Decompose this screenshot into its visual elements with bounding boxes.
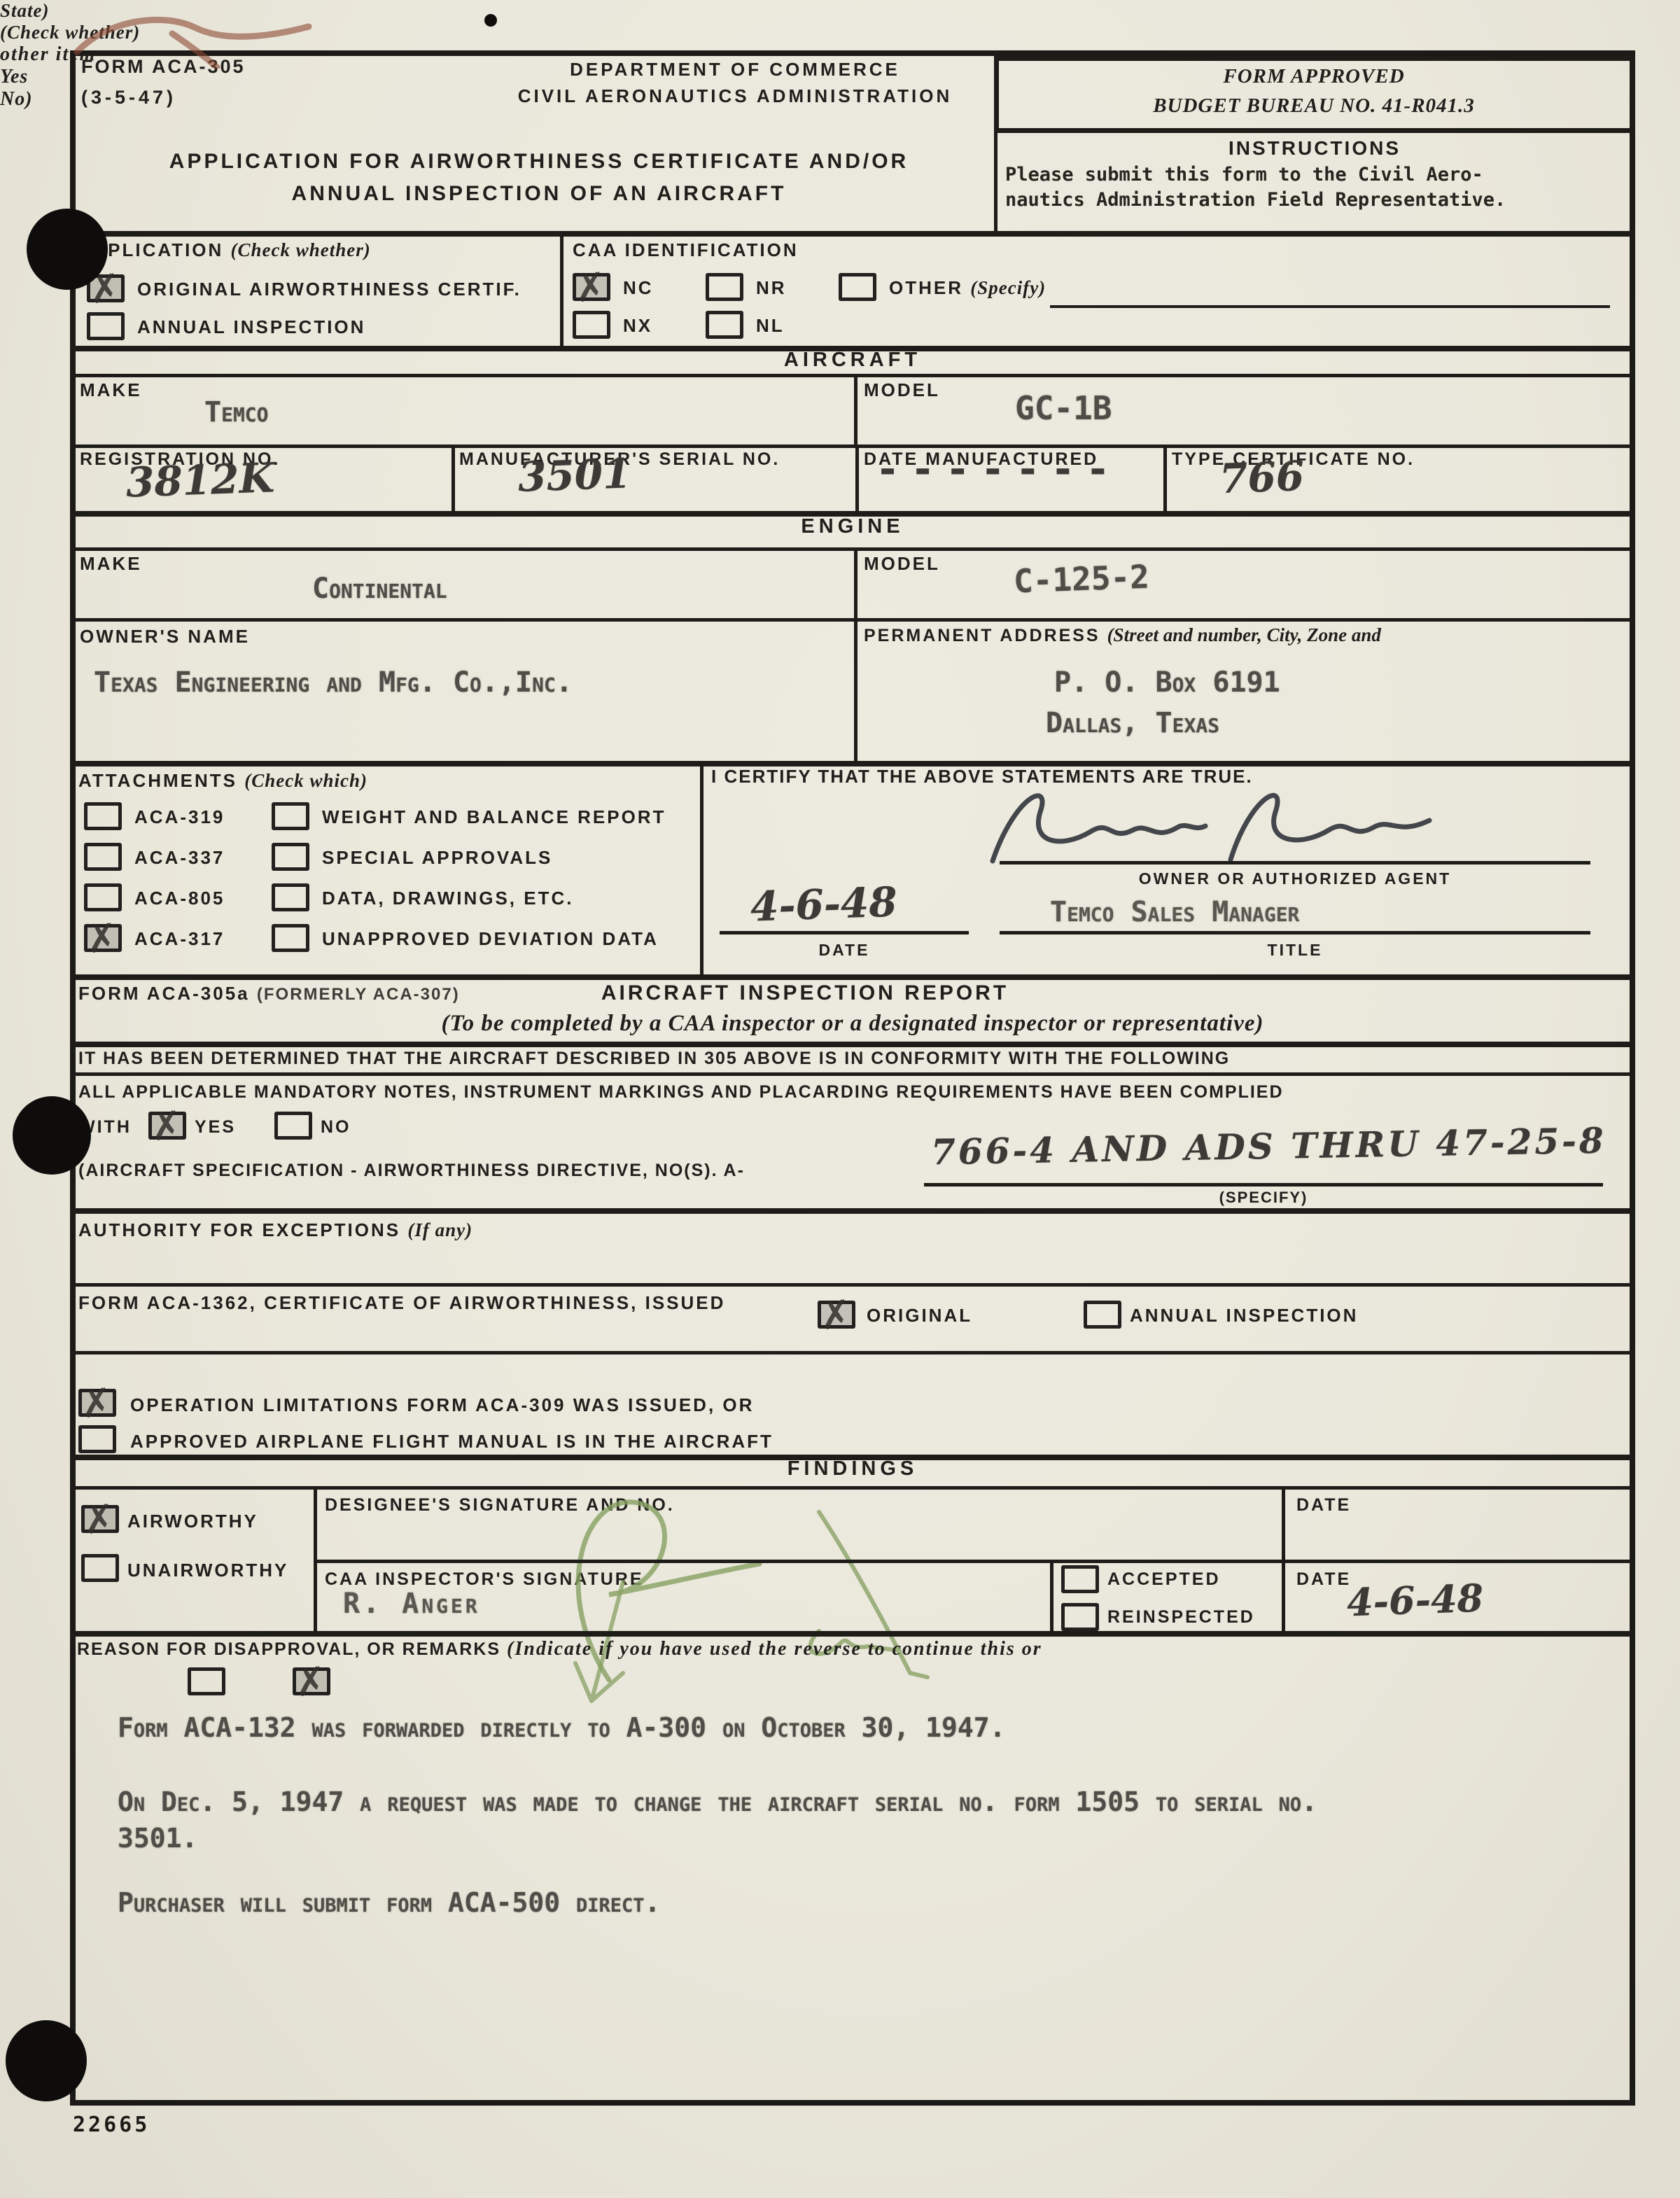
divider	[70, 1455, 1635, 1460]
form-title-line1: APPLICATION FOR AIRWORTHINESS CERTIFICAT…	[70, 150, 1008, 174]
findings-date1-label: DATE	[1296, 1495, 1351, 1515]
divider	[70, 1486, 1635, 1490]
compliance-yes-label: YES	[195, 1117, 236, 1137]
instructions-line1: Please submit this form to the Civil Aer…	[1005, 164, 1483, 185]
type-certificate-value: 766	[1219, 452, 1305, 503]
unapproved-deviation-label: UNAPPROVED DEVIATION DATA	[322, 928, 659, 950]
application-label: APPLICATION (Check whether)	[78, 239, 371, 261]
divider	[1163, 444, 1167, 511]
authority-note: (If any)	[407, 1219, 472, 1240]
divider	[700, 761, 703, 974]
engine-make-value: Continental	[312, 573, 447, 605]
red-pencil-scribble	[67, 6, 361, 69]
divider	[855, 444, 859, 511]
application-note: (Check whether)	[231, 239, 371, 260]
divider	[70, 346, 1635, 351]
unapproved-deviation-checkbox	[272, 924, 309, 952]
engine-model-value: C-125-2	[1013, 558, 1150, 601]
divider	[854, 374, 857, 444]
divider	[70, 1208, 1635, 1214]
form-title-line2: ANNUAL INSPECTION OF AN AIRCRAFT	[70, 182, 1008, 206]
engine-make-label: MAKE	[80, 553, 142, 575]
divider	[560, 231, 563, 346]
date-manufactured-value: -------	[879, 445, 1125, 493]
specify-label: (SPECIFY)	[924, 1189, 1603, 1207]
findings-date2-value: 4-6-48	[1346, 1576, 1484, 1625]
airworthy-checkbox	[81, 1505, 119, 1533]
aca-319-checkbox	[84, 802, 122, 830]
form-approved-line1: FORM APPROVED	[999, 65, 1629, 88]
divider	[70, 1631, 1635, 1637]
permanent-address-note1: (Street and number, City, Zone and	[1107, 624, 1381, 645]
operation-limitations-label: OPERATION LIMITATIONS FORM ACA-309 WAS I…	[130, 1394, 754, 1416]
divider	[70, 374, 1635, 377]
aca-337-checkbox	[84, 843, 122, 871]
hole-punch	[6, 2020, 87, 2101]
remarks-no-checkbox	[293, 1667, 330, 1695]
nc-label: NC	[623, 277, 654, 299]
divider	[70, 761, 1635, 766]
nx-checkbox	[573, 311, 610, 339]
department-line1: DEPARTMENT OF COMMERCE	[476, 59, 994, 80]
aca-337-label: ACA-337	[134, 847, 225, 869]
owner-signature	[966, 776, 1470, 881]
aircraft-model-label: MODEL	[864, 379, 940, 401]
annual-inspection-checkbox	[87, 312, 125, 340]
divider	[314, 1560, 1635, 1563]
divider	[70, 1283, 1635, 1287]
inspector-name-value: R. Anger	[343, 1588, 480, 1620]
special-approvals-label: SPECIAL APPROVALS	[322, 847, 552, 869]
reinspected-label: REINSPECTED	[1107, 1607, 1255, 1627]
divider	[70, 444, 1635, 448]
aircraft-model-value: GC-1B	[1015, 389, 1112, 427]
signature-caption: OWNER OR AUTHORIZED AGENT	[1000, 869, 1590, 888]
inspector-signature-scribble	[518, 1470, 1050, 1729]
registration-value: 3812K	[125, 454, 275, 506]
divider	[70, 511, 1635, 517]
data-drawings-checkbox	[272, 883, 309, 911]
nc-checkbox	[573, 273, 610, 301]
engine-model-label: MODEL	[864, 553, 940, 575]
issued-annual-checkbox	[1084, 1301, 1121, 1329]
signature-line	[1000, 861, 1590, 864]
compliance-no-checkbox	[274, 1112, 312, 1140]
other-specify-line	[1050, 305, 1610, 308]
department-line2: CIVIL AERONAUTICS ADMINISTRATION	[476, 85, 994, 107]
divider	[70, 974, 1635, 980]
compliance-text: ALL APPLICABLE MANDATORY NOTES, INSTRUME…	[78, 1082, 1284, 1102]
issued-original-label: ORIGINAL	[867, 1305, 972, 1326]
divider	[70, 1072, 1635, 1076]
inspection-title: AIRCRAFT INSPECTION REPORT	[350, 981, 1260, 1005]
airworthy-label: AIRWORTHY	[127, 1511, 258, 1532]
other-checkbox	[839, 273, 876, 301]
remark-line1: Form ACA-132 was forwarded directly to A…	[118, 1712, 1006, 1743]
aca-317-checkbox	[84, 924, 122, 952]
nl-label: NL	[756, 315, 785, 337]
owner-name-value: Texas Engineering and Mfg. Co.,Inc.	[94, 666, 573, 699]
aircraft-make-value: Temco	[204, 396, 269, 428]
aca-1362-label: FORM ACA-1362, CERTIFICATE OF AIRWORTHIN…	[78, 1292, 725, 1314]
inspection-subtitle: (To be completed by a CAA inspector or a…	[70, 1011, 1635, 1037]
operation-limitations-checkbox	[78, 1389, 116, 1417]
divider	[1282, 1486, 1285, 1631]
owner-name-label: OWNER'S NAME	[80, 626, 250, 647]
authority-label: AUTHORITY FOR EXCEPTIONS (If any)	[78, 1219, 472, 1241]
instructions-title: INSTRUCTIONS	[994, 137, 1635, 160]
divider	[1050, 1560, 1053, 1631]
issued-original-checkbox	[818, 1301, 855, 1329]
form-revision: (3-5-47)	[81, 87, 176, 108]
divider	[994, 50, 997, 231]
remarks-note1: (Indicate if you have used the reverse t…	[507, 1638, 1042, 1660]
date-line	[720, 931, 969, 934]
determined-text: IT HAS BEEN DETERMINED THAT THE AIRCRAFT…	[78, 1049, 1230, 1069]
issued-annual-label: ANNUAL INSPECTION	[1130, 1305, 1358, 1326]
special-approvals-checkbox	[272, 843, 309, 871]
aca-805-label: ACA-805	[134, 888, 225, 909]
accepted-checkbox	[1061, 1565, 1099, 1593]
nr-checkbox	[706, 273, 743, 301]
flight-manual-label: APPROVED AIRPLANE FLIGHT MANUAL IS IN TH…	[130, 1431, 773, 1452]
divider	[70, 547, 1635, 551]
unairworthy-label: UNAIRWORTHY	[127, 1560, 288, 1581]
spec-label: (AIRCRAFT SPECIFICATION - AIRWORTHINESS …	[78, 1161, 745, 1181]
form-approved-line2: BUDGET BUREAU NO. 41-R041.3	[999, 94, 1629, 118]
certify-date-value: 4-6-48	[750, 878, 898, 930]
address-line2: Dallas, Texas	[1046, 707, 1219, 739]
nr-label: NR	[756, 277, 787, 299]
form-approved-box: FORM APPROVED BUDGET BUREAU NO. 41-R041.…	[994, 56, 1635, 133]
serial-value: 3501	[517, 449, 632, 501]
hole-punch	[13, 1096, 91, 1175]
ink-dot	[484, 14, 497, 27]
caa-identification-label: CAA IDENTIFICATION	[573, 239, 799, 261]
scanned-form-page: FORM ACA-305 (3-5-47) DEPARTMENT OF COMM…	[0, 0, 1680, 2198]
aircraft-make-label: MAKE	[80, 379, 142, 401]
divider	[70, 1351, 1635, 1354]
spec-underline	[924, 1183, 1603, 1186]
aircraft-section-title: AIRCRAFT	[70, 349, 1635, 372]
divider	[70, 618, 1635, 622]
divider	[854, 547, 857, 761]
accepted-label: ACCEPTED	[1107, 1569, 1221, 1590]
other-label: OTHER (Specify)	[889, 277, 1046, 299]
divider	[70, 231, 1635, 237]
instructions-line2: nautics Administration Field Representat…	[1005, 189, 1506, 211]
weight-balance-checkbox	[272, 802, 309, 830]
nx-label: NX	[623, 315, 652, 337]
divider	[451, 444, 455, 511]
serial-stamp-number: 22665	[73, 2113, 150, 2137]
compliance-yes-checkbox	[148, 1112, 186, 1140]
remark-line2: On Dec. 5, 1947 a request was made to ch…	[118, 1784, 1364, 1856]
certify-title-value: Temco Sales Manager	[1050, 896, 1299, 928]
title-label: TITLE	[1000, 941, 1590, 960]
compliance-no-label: NO	[321, 1117, 351, 1137]
original-airworthiness-label: ORIGINAL AIRWORTHINESS CERTIF.	[137, 279, 521, 300]
remarks-label: REASON FOR DISAPPROVAL, OR REMARKS (Indi…	[77, 1638, 1042, 1660]
date-label: DATE	[720, 941, 969, 960]
hole-punch	[27, 209, 108, 290]
divider	[70, 1042, 1635, 1047]
reinspected-checkbox	[1061, 1603, 1099, 1631]
weight-balance-label: WEIGHT AND BALANCE REPORT	[322, 806, 666, 828]
other-note: (Specify)	[970, 277, 1046, 298]
attachments-note: (Check which)	[244, 770, 367, 791]
data-drawings-label: DATA, DRAWINGS, ETC.	[322, 888, 573, 909]
aca-319-label: ACA-319	[134, 806, 225, 828]
nl-checkbox	[706, 311, 743, 339]
annual-inspection-label: ANNUAL INSPECTION	[137, 316, 365, 338]
address-line1: P. O. Box 6191	[1054, 666, 1280, 699]
divider	[314, 1486, 317, 1631]
aca-317-label: ACA-317	[134, 928, 225, 950]
flight-manual-checkbox	[78, 1425, 116, 1453]
remark-line3: Purchaser will submit form ACA-500 direc…	[118, 1887, 660, 1918]
remarks-yes-checkbox	[188, 1667, 225, 1695]
unairworthy-checkbox	[81, 1554, 119, 1582]
title-line	[1000, 931, 1590, 934]
aca-805-checkbox	[84, 883, 122, 911]
permanent-address-label: PERMANENT ADDRESS (Street and number, Ci…	[864, 624, 1381, 646]
attachments-label: ATTACHMENTS (Check which)	[78, 770, 367, 792]
engine-section-title: ENGINE	[70, 515, 1635, 538]
findings-date2-label: DATE	[1296, 1569, 1351, 1590]
